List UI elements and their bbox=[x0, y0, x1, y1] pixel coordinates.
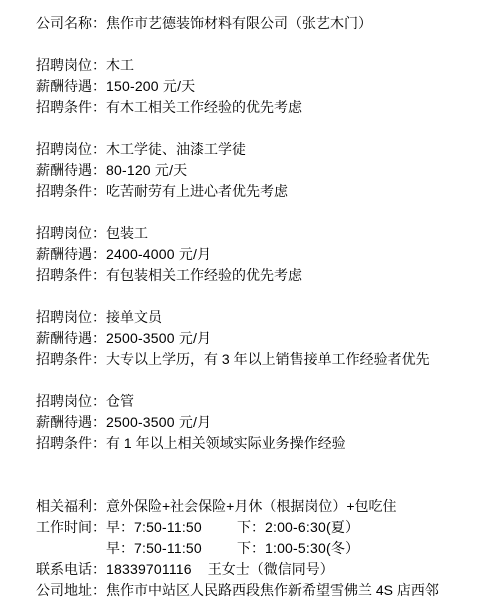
position-value: 包装工 bbox=[106, 225, 148, 241]
salary-line: 薪酬待遇：2400-4000 元/月 bbox=[36, 244, 471, 265]
work-time-line-2: 早：7:50-11:50下：1:00-5:30(冬） bbox=[36, 538, 471, 559]
address-label: 公司地址： bbox=[36, 580, 106, 601]
position-line: 招聘岗位：仓管 bbox=[36, 391, 471, 412]
job-posting-document: 公司名称：焦作市艺德装饰材料有限公司（张艺木门） 招聘岗位：木工 薪酬待遇：15… bbox=[0, 0, 479, 601]
position-line: 招聘岗位：木工 bbox=[36, 55, 471, 76]
job-block-4: 招聘岗位：接单文员 薪酬待遇：2500-3500 元/月 招聘条件：大专以上学历… bbox=[36, 307, 471, 370]
work-time-afternoon-2: 下：1:00-5:30(冬） bbox=[237, 540, 359, 556]
afternoon-value: 2:00-6:30(夏） bbox=[265, 519, 359, 535]
salary-value: 150-200 元/天 bbox=[106, 78, 195, 94]
blank-line bbox=[36, 34, 471, 55]
address-value: 焦作市中站区人民路西段焦作新希望雪佛兰 4S 店西邻 bbox=[106, 582, 439, 598]
position-line: 招聘岗位：包装工 bbox=[36, 223, 471, 244]
job-block-3: 招聘岗位：包装工 薪酬待遇：2400-4000 元/月 招聘条件：有包装相关工作… bbox=[36, 223, 471, 286]
salary-value: 2500-3500 元/月 bbox=[106, 330, 211, 346]
work-time-morning-2: 早：7:50-11:50 bbox=[106, 538, 237, 559]
salary-value: 2400-4000 元/月 bbox=[106, 246, 211, 262]
position-label: 招聘岗位： bbox=[36, 307, 106, 328]
requirement-line: 招聘条件：有包装相关工作经验的优先考虑 bbox=[36, 265, 471, 286]
salary-label: 薪酬待遇： bbox=[36, 412, 106, 433]
requirement-label: 招聘条件： bbox=[36, 433, 106, 454]
requirement-value: 吃苦耐劳有上进心者优先考虑 bbox=[106, 183, 288, 199]
contact-phone: 18339701116 bbox=[106, 561, 192, 577]
requirement-line: 招聘条件：有 1 年以上相关领域实际业务操作经验 bbox=[36, 433, 471, 454]
afternoon-label: 下： bbox=[237, 540, 265, 556]
blank-line bbox=[36, 202, 471, 223]
position-value: 仓管 bbox=[106, 393, 134, 409]
benefits-value: 意外保险+社会保险+月休（根据岗位）+包吃住 bbox=[106, 498, 397, 514]
afternoon-value: 1:00-5:30(冬） bbox=[265, 540, 359, 556]
salary-label: 薪酬待遇： bbox=[36, 76, 106, 97]
requirement-line: 招聘条件：吃苦耐劳有上进心者优先考虑 bbox=[36, 181, 471, 202]
requirement-label: 招聘条件： bbox=[36, 349, 106, 370]
requirement-line: 招聘条件：大专以上学历，有 3 年以上销售接单工作经验者优先 bbox=[36, 349, 471, 370]
position-label: 招聘岗位： bbox=[36, 391, 106, 412]
benefits-line: 相关福利：意外保险+社会保险+月休（根据岗位）+包吃住 bbox=[36, 496, 471, 517]
contact-label: 联系电话： bbox=[36, 559, 106, 580]
blank-line bbox=[36, 454, 471, 475]
work-time-morning-1: 早：7:50-11:50 bbox=[106, 517, 237, 538]
salary-value: 2500-3500 元/月 bbox=[106, 414, 211, 430]
contact-line: 联系电话：18339701116王女士（微信同号） bbox=[36, 559, 471, 580]
position-line: 招聘岗位：接单文员 bbox=[36, 307, 471, 328]
address-line: 公司地址：焦作市中站区人民路西段焦作新希望雪佛兰 4S 店西邻 bbox=[36, 580, 471, 601]
morning-value: 7:50-11:50 bbox=[134, 519, 202, 535]
salary-label: 薪酬待遇： bbox=[36, 244, 106, 265]
requirement-value: 有木工相关工作经验的优先考虑 bbox=[106, 99, 302, 115]
position-value: 木工学徒、油漆工学徒 bbox=[106, 141, 246, 157]
salary-value: 80-120 元/天 bbox=[106, 162, 187, 178]
job-block-5: 招聘岗位：仓管 薪酬待遇：2500-3500 元/月 招聘条件：有 1 年以上相… bbox=[36, 391, 471, 454]
salary-label: 薪酬待遇： bbox=[36, 160, 106, 181]
job-block-1: 招聘岗位：木工 薪酬待遇：150-200 元/天 招聘条件：有木工相关工作经验的… bbox=[36, 55, 471, 118]
position-label: 招聘岗位： bbox=[36, 139, 106, 160]
morning-label: 早： bbox=[106, 519, 134, 535]
salary-line: 薪酬待遇：150-200 元/天 bbox=[36, 76, 471, 97]
contact-person: 王女士（微信同号） bbox=[208, 561, 334, 577]
afternoon-label: 下： bbox=[237, 519, 265, 535]
benefits-label: 相关福利： bbox=[36, 496, 106, 517]
position-value: 木工 bbox=[106, 57, 134, 73]
company-name-line: 公司名称：焦作市艺德装饰材料有限公司（张艺木门） bbox=[36, 13, 471, 34]
salary-line: 薪酬待遇：80-120 元/天 bbox=[36, 160, 471, 181]
salary-label: 薪酬待遇： bbox=[36, 328, 106, 349]
requirement-value: 有包装相关工作经验的优先考虑 bbox=[106, 267, 302, 283]
position-value: 接单文员 bbox=[106, 309, 162, 325]
blank-line bbox=[36, 370, 471, 391]
requirement-label: 招聘条件： bbox=[36, 265, 106, 286]
salary-line: 薪酬待遇：2500-3500 元/月 bbox=[36, 328, 471, 349]
requirement-value: 有 1 年以上相关领域实际业务操作经验 bbox=[106, 435, 346, 451]
requirement-value: 大专以上学历，有 3 年以上销售接单工作经验者优先 bbox=[106, 351, 430, 367]
company-name-label: 公司名称： bbox=[36, 13, 106, 34]
morning-label: 早： bbox=[106, 540, 134, 556]
work-time-line-1: 工作时间：早：7:50-11:50下：2:00-6:30(夏） bbox=[36, 517, 471, 538]
requirement-label: 招聘条件： bbox=[36, 97, 106, 118]
blank-line bbox=[36, 286, 471, 307]
position-label: 招聘岗位： bbox=[36, 55, 106, 76]
morning-value: 7:50-11:50 bbox=[134, 540, 202, 556]
blank-line bbox=[36, 475, 471, 496]
work-time-afternoon-1: 下：2:00-6:30(夏） bbox=[237, 519, 359, 535]
job-block-2: 招聘岗位：木工学徒、油漆工学徒 薪酬待遇：80-120 元/天 招聘条件：吃苦耐… bbox=[36, 139, 471, 202]
position-line: 招聘岗位：木工学徒、油漆工学徒 bbox=[36, 139, 471, 160]
footer-info: 相关福利：意外保险+社会保险+月休（根据岗位）+包吃住 工作时间：早：7:50-… bbox=[36, 496, 471, 601]
salary-line: 薪酬待遇：2500-3500 元/月 bbox=[36, 412, 471, 433]
requirement-line: 招聘条件：有木工相关工作经验的优先考虑 bbox=[36, 97, 471, 118]
work-time-label: 工作时间： bbox=[36, 517, 106, 538]
requirement-label: 招聘条件： bbox=[36, 181, 106, 202]
position-label: 招聘岗位： bbox=[36, 223, 106, 244]
company-name-value: 焦作市艺德装饰材料有限公司（张艺木门） bbox=[106, 15, 372, 31]
blank-line bbox=[36, 118, 471, 139]
